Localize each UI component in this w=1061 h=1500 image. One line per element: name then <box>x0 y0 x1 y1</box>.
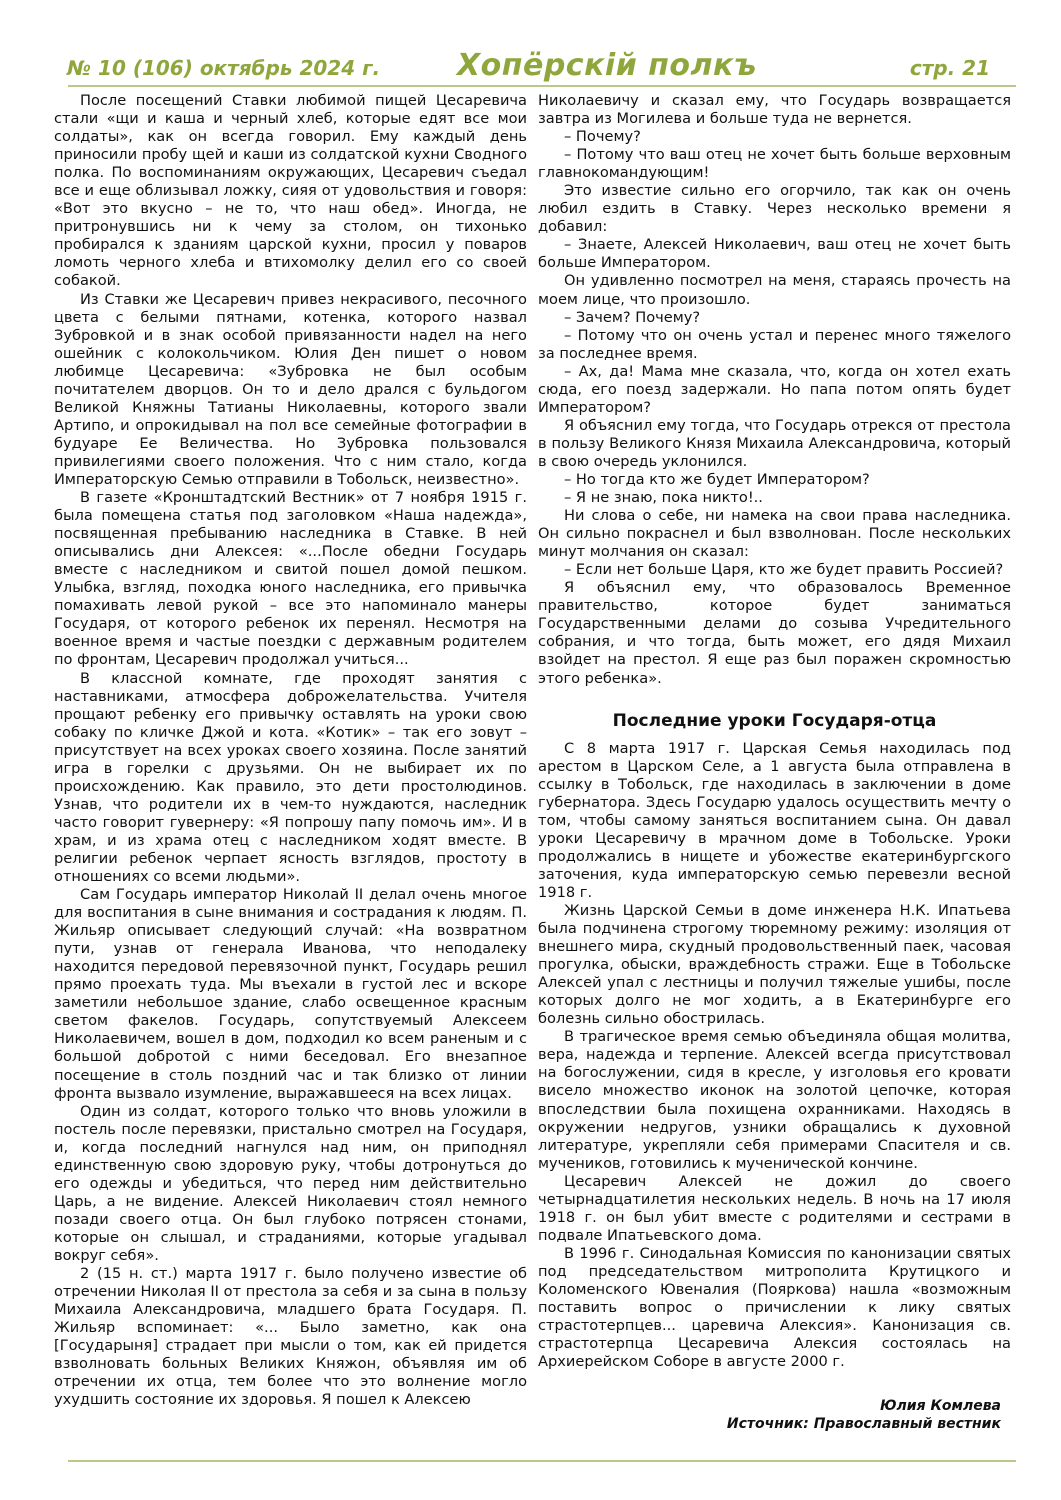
paragraph: В трагическое время семью объединяла общ… <box>538 1028 1011 1172</box>
left-column: После посещений Ставки любимой пищей Цес… <box>54 92 527 1409</box>
newspaper-title: Хопёрскiй полкъ <box>457 48 757 83</box>
dialogue-line: – Но тогда кто же будет Императором? <box>538 471 1011 489</box>
page-header: № 10 (106) октябрь 2024 г. Хопёрскiй пол… <box>45 50 1020 84</box>
header-divider <box>68 85 1016 87</box>
paragraph: С 8 марта 1917 г. Царская Семья находила… <box>538 740 1011 902</box>
dialogue-line: – Если нет больше Царя, кто же будет пра… <box>538 561 1011 579</box>
paragraph: Он удивленно посмотрел на меня, стараясь… <box>538 272 1011 308</box>
paragraph: В газете «Кронштадтский Вестник» от 7 но… <box>54 489 527 669</box>
dialogue-line: – Зачем? Почему? <box>538 309 1011 327</box>
paragraph: Цесаревич Алексей не дожил до своего чет… <box>538 1173 1011 1245</box>
dialogue-line: – Знаете, Алексей Николаевич, ваш отец н… <box>538 236 1011 272</box>
paragraph: В 1996 г. Синодальная Комиссия по канони… <box>538 1245 1011 1371</box>
source-credit: Источник: Православный вестник <box>538 1415 1001 1433</box>
paragraph: Я объяснил ему, что образовалось Временн… <box>538 579 1011 687</box>
paragraph: Я объяснил ему тогда, что Государь отрек… <box>538 417 1011 471</box>
author-name: Юлия Комлева <box>538 1397 1001 1415</box>
byline: Юлия Комлева Источник: Православный вест… <box>538 1397 1011 1433</box>
paragraph: Жизнь Царской Семьи в доме инженера Н.К.… <box>538 902 1011 1028</box>
dialogue-line: – Потому что ваш отец не хочет быть боль… <box>538 146 1011 182</box>
paragraph: Ни слова о себе, ни намека на свои права… <box>538 507 1011 561</box>
page-number: стр. 21 <box>910 56 990 80</box>
paragraph: Один из солдат, которого только что внов… <box>54 1103 527 1265</box>
dialogue-line: – Ах, да! Мама мне сказала, что, когда о… <box>538 363 1011 417</box>
paragraph-continuation: Николаевичу и сказал ему, что Государь в… <box>538 92 1011 128</box>
issue-number: № 10 (106) октябрь 2024 г. <box>67 56 380 80</box>
dialogue-line: – Я не знаю, пока никто!.. <box>538 489 1011 507</box>
footer-divider <box>68 1460 1016 1462</box>
paragraph: В классной комнате, где проходят занятия… <box>54 670 527 887</box>
paragraph: После посещений Ставки любимой пищей Цес… <box>54 92 527 291</box>
paragraph: 2 (15 н. ст.) марта 1917 г. было получен… <box>54 1265 527 1409</box>
section-heading: Последние уроки Государя-отца <box>538 712 1011 730</box>
dialogue-line: – Почему? <box>538 128 1011 146</box>
paragraph: Из Ставки же Цесаревич привез некрасивог… <box>54 291 527 490</box>
paragraph: Это известие сильно его огорчило, так ка… <box>538 182 1011 236</box>
right-column: Николаевичу и сказал ему, что Государь в… <box>538 92 1011 1433</box>
paragraph: Сам Государь император Николай II делал … <box>54 886 527 1103</box>
dialogue-line: – Потому что он очень устал и перенес мн… <box>538 327 1011 363</box>
